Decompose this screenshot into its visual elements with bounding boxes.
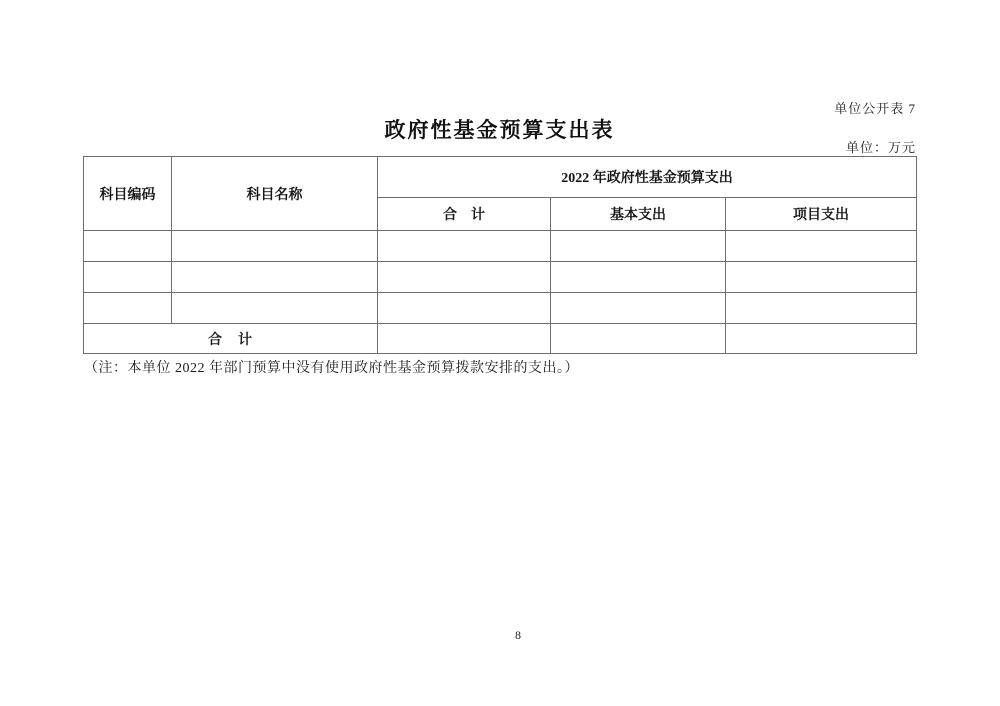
header-total: 合 计: [378, 198, 551, 231]
cell-project: [726, 262, 917, 293]
cell-code: [84, 293, 172, 324]
header-year-group: 2022 年政府性基金预算支出: [378, 157, 917, 198]
cell-code: [84, 231, 172, 262]
cell-name: [172, 231, 378, 262]
cell-total: [378, 293, 551, 324]
cell-project: [726, 293, 917, 324]
header-subject-name: 科目名称: [172, 157, 378, 231]
page-number: 8: [0, 628, 1000, 643]
document-page: 单位公开表 7 政府性基金预算支出表 单位：万元 科目编码 科目名称 2022 …: [0, 0, 1000, 706]
cell-total: [378, 262, 551, 293]
cell-name: [172, 262, 378, 293]
total-cell-project: [726, 324, 917, 354]
header-subject-code: 科目编码: [84, 157, 172, 231]
table-row: [84, 262, 917, 293]
total-cell-total: [378, 324, 551, 354]
header-project: 项目支出: [726, 198, 917, 231]
table-row: [84, 293, 917, 324]
table-row: [84, 231, 917, 262]
cell-basic: [551, 262, 726, 293]
cell-code: [84, 262, 172, 293]
total-row: 合 计: [84, 324, 917, 354]
header-basic: 基本支出: [551, 198, 726, 231]
header-row-1: 科目编码 科目名称 2022 年政府性基金预算支出: [84, 157, 917, 198]
cell-basic: [551, 293, 726, 324]
footnote: （注：本单位 2022 年部门预算中没有使用政府性基金预算拨款安排的支出。）: [84, 357, 579, 377]
cell-total: [378, 231, 551, 262]
unit-label: 单位：万元: [83, 137, 916, 156]
cell-name: [172, 293, 378, 324]
total-cell-basic: [551, 324, 726, 354]
cell-project: [726, 231, 917, 262]
cell-basic: [551, 231, 726, 262]
total-row-label: 合 计: [84, 324, 378, 354]
budget-table: 科目编码 科目名称 2022 年政府性基金预算支出 合 计 基本支出 项目支出: [83, 156, 917, 354]
